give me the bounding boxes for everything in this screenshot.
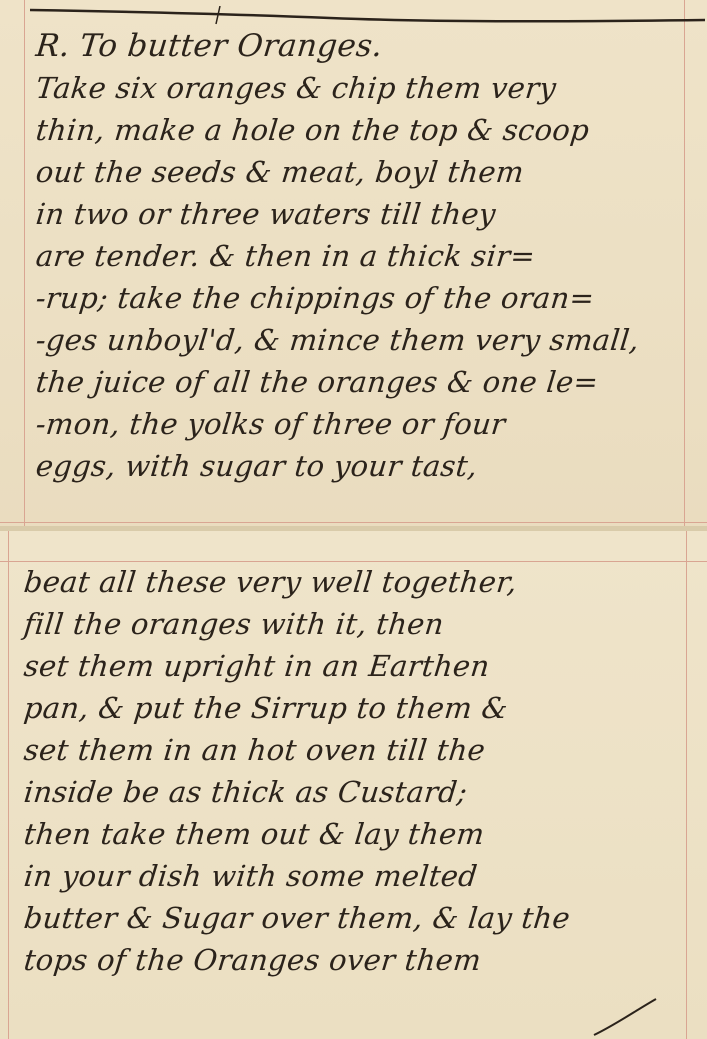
recipe-title: R. To butter Oranges. [34, 25, 691, 67]
recipe-text-bottom: beat all these very well together, fill … [24, 561, 689, 981]
end-stroke-mark [590, 997, 660, 1037]
text-line: thin, make a hole on the top & scoop [34, 109, 691, 151]
text-line: -rup; take the chippings of the oran= [34, 277, 691, 319]
text-line: pan, & put the Sirrup to them & [22, 687, 691, 729]
text-line: -ges unboyl'd, & mince them very small, [34, 319, 691, 361]
text-line: eggs, with sugar to your tast, [34, 445, 691, 487]
text-line: fill the oranges with it, then [22, 603, 691, 645]
text-line: -mon, the yolks of three or four [34, 403, 691, 445]
manuscript-fragment-top: R. To butter Oranges. Take six oranges &… [0, 0, 707, 528]
text-line: in two or three waters till they [34, 193, 691, 235]
text-line: tops of the Oranges over them [22, 939, 691, 981]
text-line: inside be as thick as Custard; [22, 771, 691, 813]
manuscript-fragment-bottom: beat all these very well together, fill … [0, 531, 707, 1039]
text-line: set them in an hot oven till the [22, 729, 691, 771]
text-line: out the seeds & meat, boyl them [34, 151, 691, 193]
left-margin-rule [8, 531, 9, 1039]
text-line: Take six oranges & chip them very [34, 67, 691, 109]
text-line: in your dish with some melted [22, 855, 691, 897]
text-line: then take them out & lay them [22, 813, 691, 855]
text-line: set them upright in an Earthen [22, 645, 691, 687]
left-margin-rule [24, 0, 25, 528]
text-line: the juice of all the oranges & one le= [34, 361, 691, 403]
text-line: butter & Sugar over them, & lay the [22, 897, 691, 939]
recipe-text-top: R. To butter Oranges. Take six oranges &… [36, 25, 689, 487]
text-line: are tender. & then in a thick sir= [34, 235, 691, 277]
text-line: beat all these very well together, [22, 561, 691, 603]
bottom-rule [0, 522, 707, 523]
ink-divider-line [30, 6, 705, 26]
